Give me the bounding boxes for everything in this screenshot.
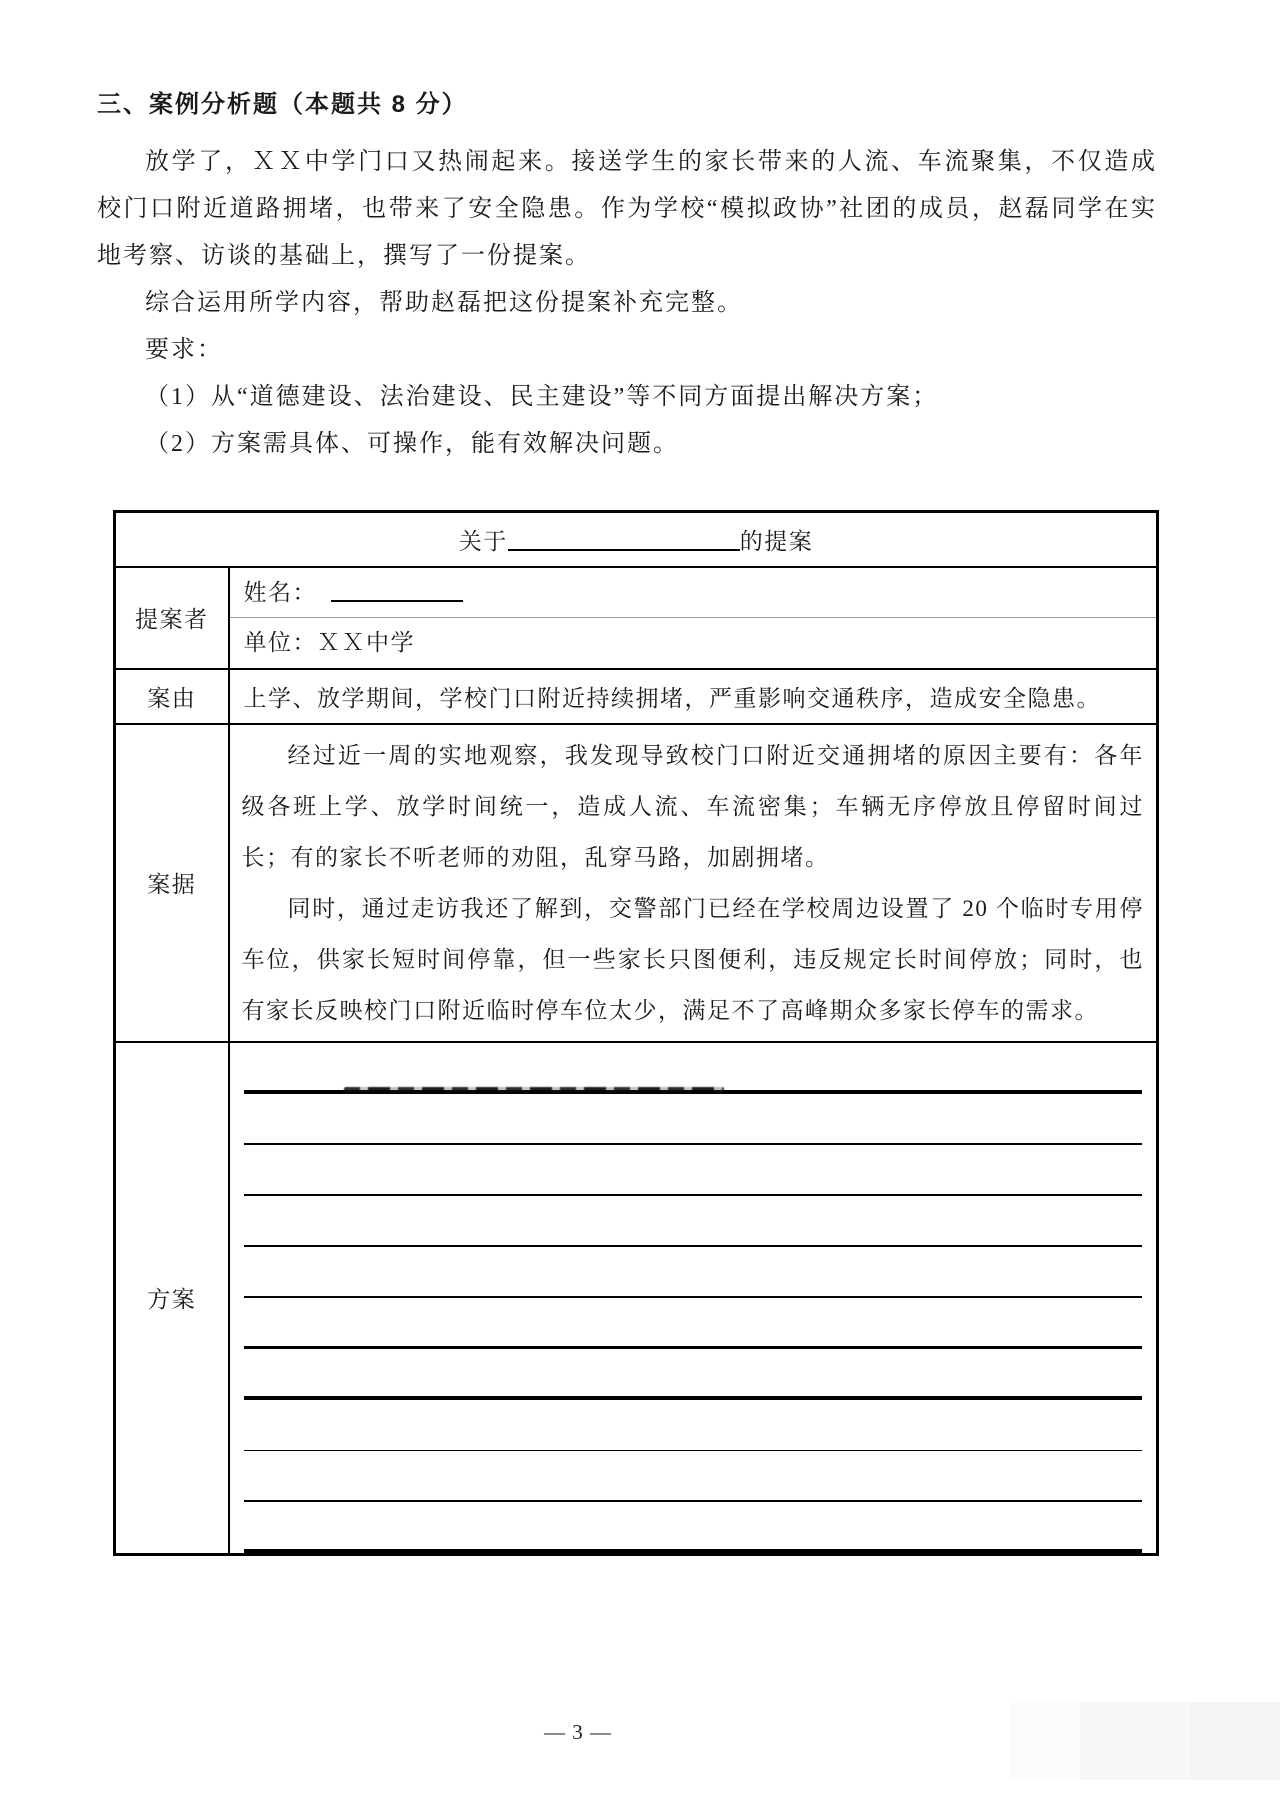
reason-row: 案由 上学、放学期间，学校门口附近持续拥堵，严重影响交通秩序，造成安全隐患。 (115, 669, 1158, 724)
proposer-name-subrow: 姓名： (230, 568, 1157, 618)
plan-label: 方案 (115, 1042, 229, 1555)
plan-lines (244, 1057, 1147, 1553)
title-blank-line[interactable] (508, 531, 740, 551)
name-label: 姓名： (244, 580, 318, 605)
answer-line[interactable] (244, 1247, 1143, 1298)
answer-line[interactable] (244, 1057, 1143, 1094)
unit-label: 单位： (244, 630, 318, 655)
form-title-prefix: 关于 (459, 529, 508, 554)
answer-line[interactable] (244, 1196, 1143, 1247)
proposer-label: 提案者 (115, 567, 229, 669)
page-number: — 3 — (0, 1720, 1156, 1745)
reason-text: 上学、放学期间，学校门口附近持续拥堵，严重影响交通秩序，造成安全隐患。 (229, 669, 1158, 724)
form-title-suffix: 的提案 (740, 529, 814, 554)
erased-writing-mark (344, 1087, 724, 1093)
answer-line[interactable] (244, 1400, 1143, 1451)
question-block: 三、案例分析题（本题共 8 分） 放学了，ＸＸ中学门口又热闹起来。接送学生的家长… (97, 84, 1157, 1556)
intro-paragraph: 放学了，ＸＸ中学门口又热闹起来。接送学生的家长带来的人流、车流聚集，不仅造成校门… (97, 139, 1157, 280)
evidence-row: 案据 经过近一周的实地观察，我发现导致校门口附近交通拥堵的原因主要有：各年级各班… (115, 724, 1158, 1042)
requirements-heading: 要求： (97, 327, 1157, 374)
task-paragraph: 综合运用所学内容，帮助赵磊把这份提案补充完整。 (97, 280, 1157, 327)
scan-artifact (1010, 1702, 1280, 1780)
answer-line[interactable] (244, 1145, 1143, 1196)
answer-line[interactable] (244, 1451, 1143, 1502)
answer-line[interactable] (244, 1349, 1143, 1400)
evidence-paragraph-1: 经过近一周的实地观察，我发现导致校门口附近交通拥堵的原因主要有：各年级各班上学、… (242, 730, 1145, 883)
answer-line[interactable] (244, 1094, 1143, 1145)
unit-value: ＸＸ中学 (317, 630, 415, 655)
proposal-form-table: 关于的提案 提案者 姓名： 单位：ＸＸ中学 案由 上学、放学期间，学校门口附近持… (113, 510, 1159, 1556)
form-title-row: 关于的提案 (115, 512, 1158, 567)
evidence-label: 案据 (115, 724, 229, 1042)
proposer-row: 提案者 姓名： 单位：ＸＸ中学 (115, 567, 1158, 669)
section-heading: 三、案例分析题（本题共 8 分） (97, 84, 1157, 119)
plan-row: 方案 (115, 1042, 1158, 1555)
answer-line[interactable] (244, 1502, 1143, 1553)
requirement-item-1: （1）从“道德建设、法治建设、民主建设”等不同方面提出解决方案； (97, 374, 1157, 421)
reason-label: 案由 (115, 669, 229, 724)
exam-page: 三、案例分析题（本题共 8 分） 放学了，ＸＸ中学门口又热闹起来。接送学生的家长… (0, 0, 1280, 1810)
evidence-paragraph-2: 同时，通过走访我还了解到，交警部门已经在学校周边设置了 20 个临时专用停车位，… (242, 883, 1145, 1036)
name-blank-line[interactable] (331, 582, 463, 602)
requirement-item-2: （2）方案需具体、可操作，能有效解决问题。 (97, 421, 1157, 468)
answer-line[interactable] (244, 1298, 1143, 1349)
proposer-unit-subrow: 单位：ＸＸ中学 (230, 618, 1157, 668)
